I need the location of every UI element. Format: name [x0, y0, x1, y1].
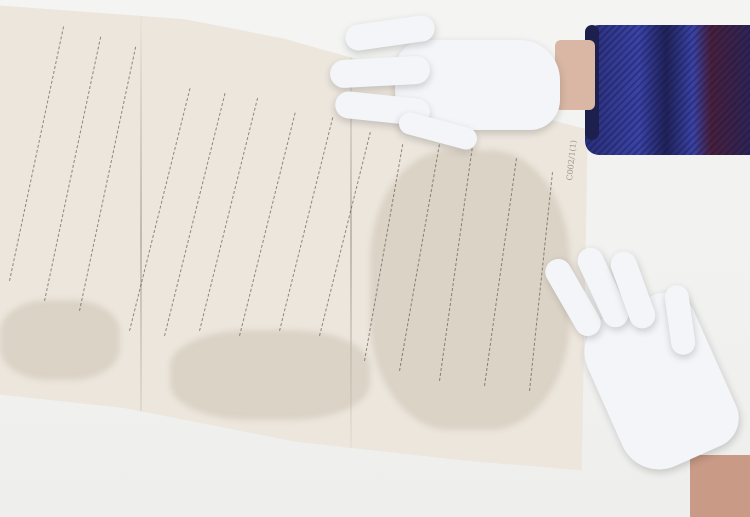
wrist [555, 40, 595, 110]
fold-line [140, 0, 142, 480]
plaid-sleeve [585, 25, 750, 155]
handwriting-line [319, 132, 372, 336]
photo-scene: C002/1(1) [0, 0, 750, 517]
glove-finger [329, 55, 430, 88]
handwriting-line [164, 93, 226, 336]
archive-reference: C002/1(1) [565, 140, 578, 181]
wrist [690, 455, 750, 517]
handwriting-line [79, 47, 137, 312]
white-glove-bottom [572, 283, 749, 483]
water-stain [170, 330, 370, 420]
handwriting-line [129, 88, 191, 331]
water-stain [0, 300, 120, 380]
